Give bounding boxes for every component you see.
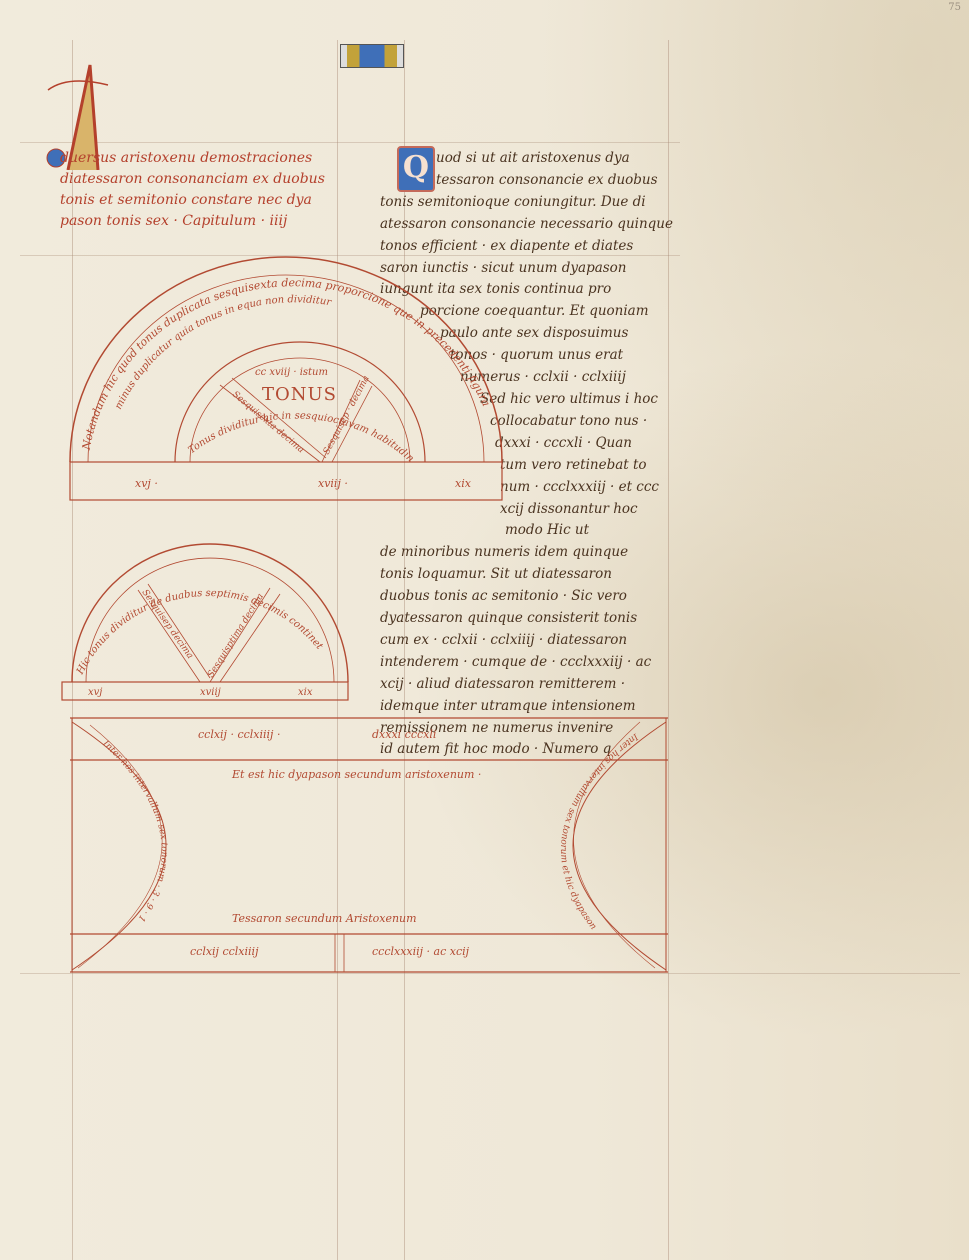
diagram-3-caption-top: Et est hic dyapason secundum aristoxenum…: [231, 768, 481, 781]
diagram-1-inner-numbers: cc xviij · istum: [255, 367, 328, 378]
diagram-1-base-label: xix: [455, 477, 472, 490]
manuscript-page: 75 duersus aristoxenu demostraciones dia…: [0, 0, 969, 1260]
diagram-2-right-diag: Sesquisptima decima: [206, 592, 266, 680]
diagrams-layer: Notandum hic quod tonus duplicata sesqui…: [0, 0, 969, 1260]
diagram-3-top-cell: dxxxi cccxli: [372, 728, 436, 741]
diagram-semicircle-2: [62, 544, 348, 700]
diagram-2-base-label: xvj: [88, 687, 102, 698]
diagram-3-top-cell: cclxij · cclxiiij ·: [198, 728, 280, 741]
diagram-2-arc-text: Hic tonus dividitur de duabus septimis d…: [74, 588, 325, 677]
diagram-1-base-label: xviij ·: [318, 477, 348, 490]
diagram-2-base-label: xix: [298, 687, 313, 698]
diagram-3-right-arc-text: Inter hos intervallum sex tonorum et hic…: [558, 731, 640, 932]
diagram-3-left-arc-text: Inter hos intervallum sex tonorum · 3 · …: [100, 738, 169, 923]
tonus-label: TONUS: [262, 384, 337, 405]
diagram-2-base-label: xviij: [200, 687, 221, 698]
diagram-3-bottom-cell: cclxij cclxiiij: [190, 945, 259, 958]
diagram-1-base-label: xvj ·: [135, 477, 158, 490]
diagram-3-bottom-cell: ccclxxxiij · ac xcij: [372, 945, 470, 958]
diagram-3-caption-bottom: Tessaron secundum Aristoxenum: [232, 912, 417, 925]
